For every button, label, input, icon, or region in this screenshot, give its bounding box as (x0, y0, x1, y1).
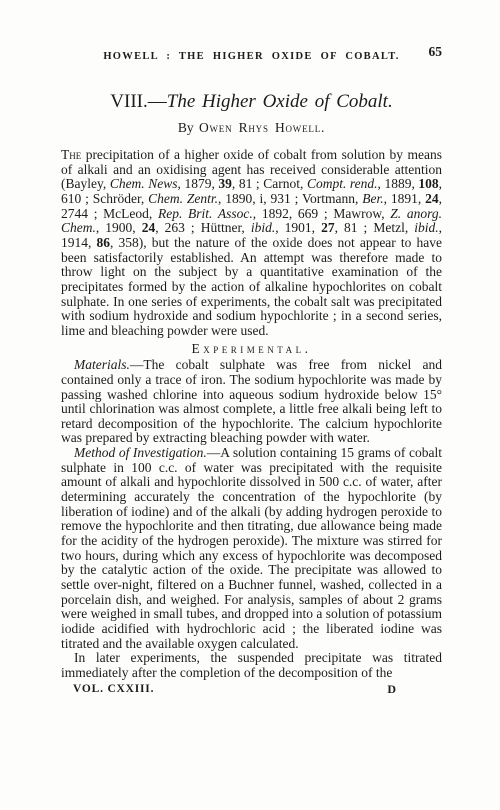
footer-volume-label: VOL. CXXIII. (73, 682, 154, 697)
page-content: HOWELL : THE HIGHER OXIDE OF COBALT. 65 … (61, 46, 442, 697)
paragraph-method-of-investigation: Method of Investigation.—A solution cont… (61, 446, 442, 651)
footer-signature-mark: D (387, 682, 396, 697)
article-title: VIII.—The Higher Oxide of Cobalt. (61, 91, 442, 113)
journal-page: HOWELL : THE HIGHER OXIDE OF COBALT. 65 … (0, 0, 500, 810)
section-heading-experimental: Experimental. (61, 342, 442, 357)
article-body: The precipitation of a higher oxide of c… (61, 148, 442, 697)
paragraph-materials: Materials.—The cobalt sulphate was free … (61, 358, 442, 446)
running-header: HOWELL : THE HIGHER OXIDE OF COBALT. 65 (61, 46, 442, 60)
page-number: 65 (429, 44, 443, 60)
byline: By Owen Rhys Howell. (61, 120, 442, 136)
paragraph-introduction: The precipitation of a higher oxide of c… (61, 148, 442, 339)
paragraph-later-experiments: In later experiments, the suspended prec… (61, 651, 442, 680)
running-header-title: HOWELL : THE HIGHER OXIDE OF COBALT. (103, 51, 399, 62)
page-footer: VOL. CXXIII. D (61, 682, 442, 697)
